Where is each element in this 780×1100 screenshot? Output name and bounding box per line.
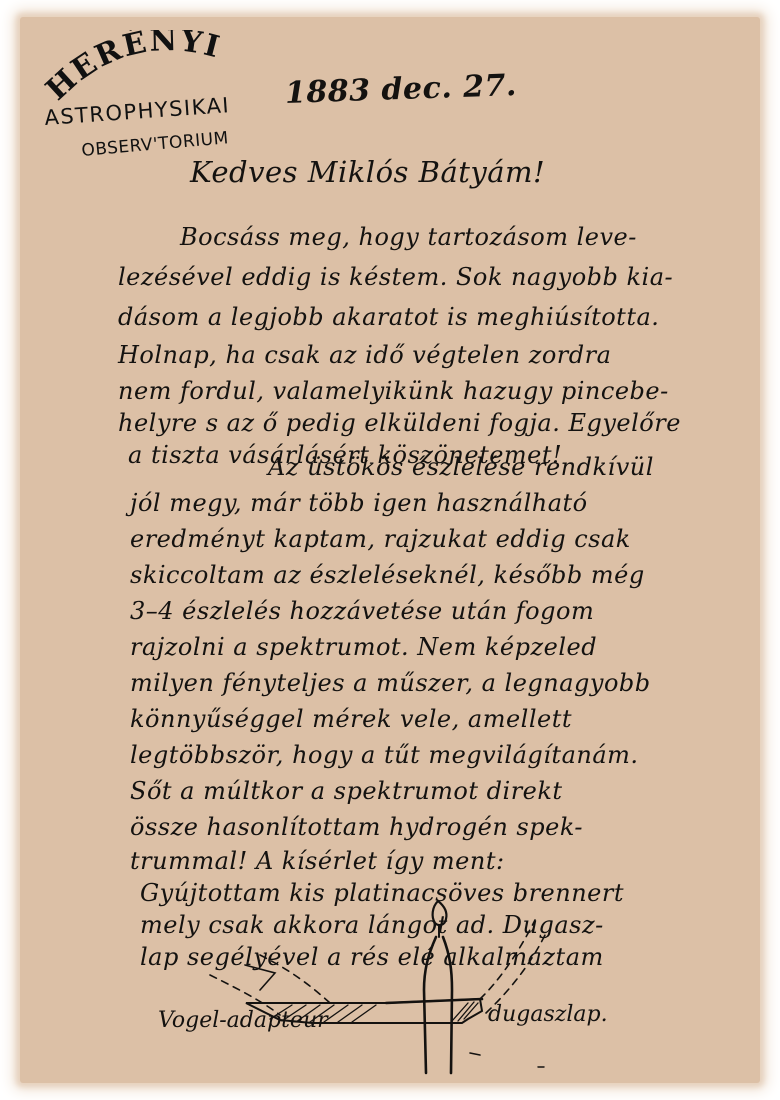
body-line: lezésével eddig is késtem. Sok nagyobb k… bbox=[118, 262, 673, 292]
body-line: legtöbbször, hogy a tűt megvilágítanám. bbox=[130, 740, 639, 770]
stamp-graphic: HERÉNYI ASTROPHYSIKAI OBSERV'TORIUM bbox=[40, 30, 280, 160]
body-line: Az üstökös észlelése rendkívül bbox=[268, 452, 654, 482]
body-line: dásom a legjobb akaratot is meghiúsított… bbox=[118, 302, 659, 332]
body-line: helyre s az ő pedig elküldeni fogja. Egy… bbox=[118, 408, 681, 438]
body-line: könnyűséggel mérek vele, amellett bbox=[130, 704, 572, 734]
observatory-stamp: HERÉNYI ASTROPHYSIKAI OBSERV'TORIUM bbox=[40, 30, 280, 160]
label-vogel-adapter: Vogel-adapteur bbox=[158, 1008, 328, 1033]
body-line: milyen fényteljes a műszer, a legnagyobb bbox=[130, 668, 651, 698]
body-line: skiccoltam az észleléseknél, később még bbox=[130, 560, 645, 590]
burner-adapter-sketch bbox=[150, 895, 620, 1075]
body-line: trummal! A kísérlet így ment: bbox=[130, 846, 505, 876]
body-line: Holnap, ha csak az idő végtelen zordra bbox=[118, 340, 611, 370]
body-line: rajzolni a spektrumot. Nem képzeled bbox=[130, 632, 597, 662]
body-line: eredményt kaptam, rajzukat eddig csak bbox=[130, 524, 631, 554]
body-line: nem fordul, valamelyikünk hazugy pincebe… bbox=[118, 376, 669, 406]
salutation: Kedves Miklós Bátyám! bbox=[190, 155, 545, 189]
sketch-drawing bbox=[150, 895, 620, 1075]
body-line: Bocsáss meg, hogy tartozásom leve- bbox=[180, 222, 637, 252]
flame-icon bbox=[433, 901, 447, 925]
body-line: össze hasonlítottam hydrogén spek- bbox=[130, 812, 583, 842]
body-line: 3–4 észlelés hozzávetése után fogom bbox=[130, 596, 594, 626]
body-line: jól megy, már több igen használható bbox=[130, 488, 588, 518]
label-dugaszlap: dugaszlap. bbox=[488, 1002, 608, 1027]
body-line: Sőt a múltkor a spektrumot direkt bbox=[130, 776, 563, 806]
